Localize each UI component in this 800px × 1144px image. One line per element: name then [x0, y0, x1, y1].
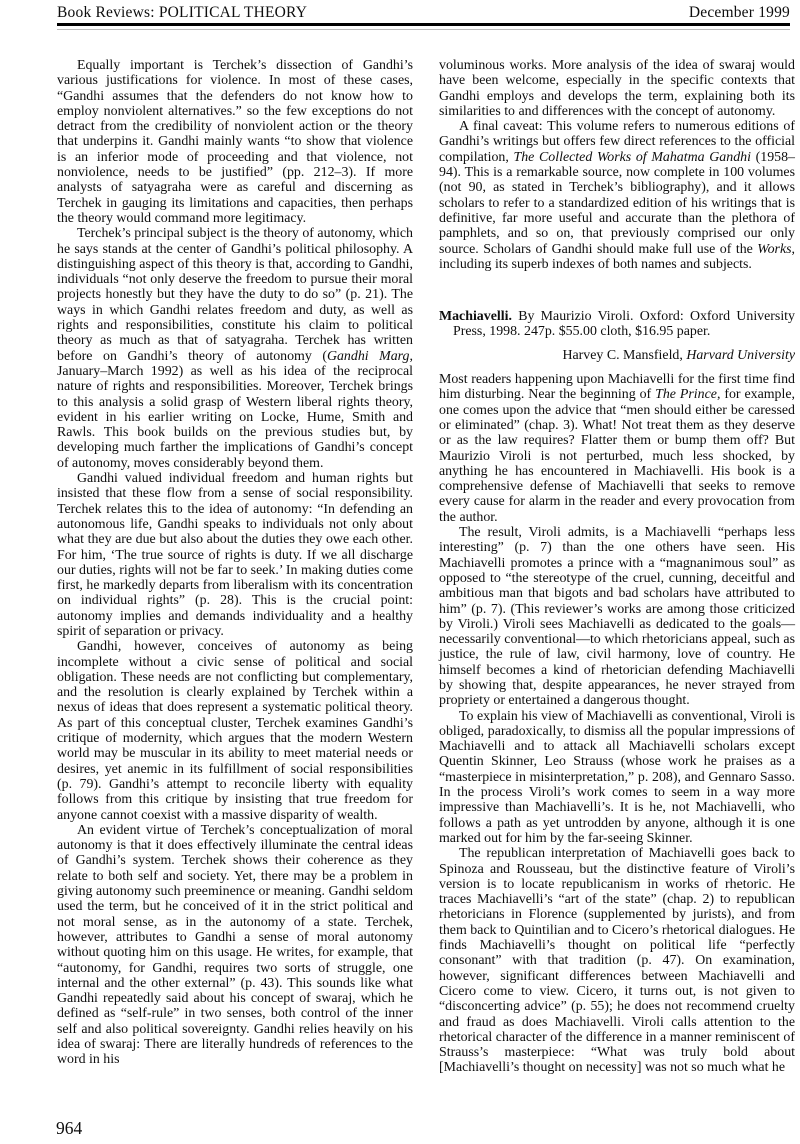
right-column-continuation: voluminous works. More analysis of the i…: [439, 58, 795, 272]
paragraph: Gandhi valued individual freedom and hum…: [57, 471, 413, 639]
issue-date: December 1999: [689, 4, 790, 22]
text-run: Gandhi, however, conceives of autonomy a…: [57, 639, 413, 822]
text-run: Gandhi valued individual freedom and hum…: [57, 471, 413, 639]
running-title: Book Reviews: POLITICAL THEORY: [57, 4, 307, 22]
paragraph: Terchek’s principal subject is the theor…: [57, 226, 413, 471]
header-rule-shadow: [57, 29, 790, 30]
text-run: The result, Viroli admits, is a Machiave…: [439, 525, 795, 708]
paragraph: To explain his view of Machiavelli as co…: [439, 709, 795, 847]
text-run: , for example, one comes upon the advice…: [439, 387, 795, 524]
paragraph: Gandhi, however, conceives of autonomy a…: [57, 639, 413, 823]
two-column-text-block: Equally important is Terchek’s dissectio…: [57, 58, 795, 1076]
header-rule: [57, 23, 790, 26]
text-run: An evident virtue of Terchek’s conceptua…: [57, 823, 413, 1067]
right-column: voluminous works. More analysis of the i…: [439, 58, 795, 1076]
reviewer-byline: Harvey C. Mansfield, Harvard University: [439, 348, 795, 363]
page-number: 964: [56, 1118, 82, 1139]
journal-page: Book Reviews: POLITICAL THEORY December …: [0, 0, 800, 1144]
review-body: Most readers happening upon Machiavelli …: [439, 372, 795, 1076]
text-run: voluminous works. More analysis of the i…: [439, 58, 795, 119]
paragraph: An evident virtue of Terchek’s conceptua…: [57, 823, 413, 1068]
text-run: To explain his view of Machiavelli as co…: [439, 709, 795, 846]
italic-text: The Collected Works of Mahatma Gandhi: [514, 150, 751, 165]
paragraph: A final caveat: This volume refers to nu…: [439, 119, 795, 272]
paragraph: The republican interpretation of Machiav…: [439, 846, 795, 1075]
italic-text: The Prince: [655, 387, 717, 402]
paragraph: The result, Viroli admits, is a Machiave…: [439, 525, 795, 709]
italic-text: Works: [757, 242, 791, 257]
text-run: The republican interpretation of Machiav…: [439, 846, 795, 1075]
paragraph: Equally important is Terchek’s dissectio…: [57, 58, 413, 226]
text-run: Terchek’s principal subject is the theor…: [57, 226, 413, 363]
text-run: Equally important is Terchek’s dissectio…: [57, 58, 413, 226]
paragraph: voluminous works. More analysis of the i…: [439, 58, 795, 119]
italic-text: Harvard University: [686, 348, 795, 363]
text-run: Harvey C. Mansfield,: [562, 348, 686, 363]
book-citation: Machiavelli. By Maurizio Viroli. Oxford:…: [439, 309, 795, 340]
text-run: (1958–94). This is a remarkable source, …: [439, 150, 795, 257]
paragraph: Most readers happening upon Machiavelli …: [439, 372, 795, 525]
page-header: Book Reviews: POLITICAL THEORY December …: [57, 4, 790, 22]
italic-text: Gandhi Marg: [327, 349, 410, 364]
text-run: , January–March 1992) as well as his ide…: [57, 349, 413, 471]
left-column: Equally important is Terchek’s dissectio…: [57, 58, 413, 1076]
bold-text: Machiavelli.: [439, 309, 512, 324]
